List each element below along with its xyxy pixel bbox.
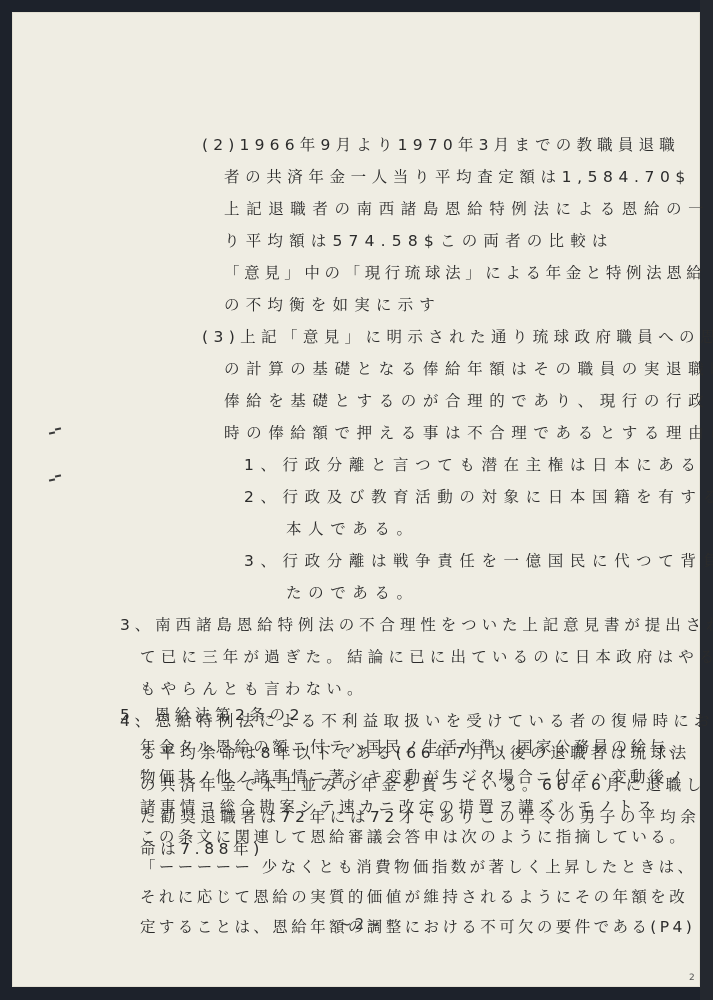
section-3-line-3: 俸給を基礎とするのが合理的であり、現行の行政分離 (224, 391, 713, 411)
item-3-line-1: 3、南西諸島恩給特例法の不合理性をついた上記意見書が提出され (120, 615, 713, 635)
section-3-line-4: 時の俸給額で押える事は不合理であるとする理由は (224, 423, 713, 443)
item-5-line-6: 「ーーーーー 少なくとも消費物価指数が著しく上昇したときは、 (140, 857, 696, 877)
item-5-line-2: 年金タル恩給の額ニ付テハ国民ノ生活水準、国家公務員の給与、 (140, 737, 687, 757)
section-2-line-2: 者の共済年金一人当り平均査定額は1,584.70$ (224, 167, 691, 187)
page-number: ~2~ (339, 915, 383, 933)
reason-2: 2、行政及び教育活動の対象に日本国籍を有する日 (244, 487, 713, 507)
corner-page-mark: 2 (689, 973, 695, 983)
reason-3-cont: たのである。 (286, 583, 419, 603)
section-3-line-1: (3)上記「意見」に明示された通り琉球政府職員への恩給 (202, 327, 713, 347)
section-2-line-6: の不均衡を如実に示す (224, 295, 441, 315)
item-3-line-3: もやらんとも言わない。 (140, 679, 368, 699)
section-2-line-5: 「意見」中の「現行琉球法」による年金と特例法恩給 (224, 263, 706, 283)
reason-2-cont: 本人である。 (286, 519, 419, 539)
item-5-line-5: この条文に関連して恩給審議会答申は次のように指摘している。 (140, 827, 688, 847)
section-2-line-4: り平均額は574.58$この両者の比較は (224, 231, 614, 251)
reason-3: 3、行政分離は戦争責任を一億国民に代つて背負つ (244, 551, 713, 571)
section-2-line-1: (2)1966年9月より1970年3月までの教職員退職 (202, 135, 680, 155)
item-5-line-3: 物価其ノ他ノ諸事情ニ著シキ変動が生ジタ場合ニ付テハ変動後ノ (140, 767, 687, 787)
section-3-line-2: の計算の基礎となる俸給年額はその職員の実退職時の (224, 359, 713, 379)
reason-1: 1、行政分離と言つても潜在主権は日本にある (244, 455, 702, 475)
item-5-line-7: それに応じて恩給の実質的価値が維持されるようにその年額を改 (140, 887, 688, 907)
item-5-heading: 5、恩給法第2条の2 (120, 705, 304, 725)
item-5-line-4: 諸事情ヨ総合勘案シテ速カニ改定の措置ヲ講ズルモノトス (140, 797, 657, 817)
section-2-line-3: 上記退職者の南西諸島恩給特例法による恩給の一人当 (224, 199, 713, 219)
item-3-line-2: て已に三年が過ぎた。結論に已に出ているのに日本政府はやると (140, 647, 713, 667)
item-5-line-8: 定することは、恩給年額の調整における不可欠の要件である(P4) (140, 917, 695, 937)
